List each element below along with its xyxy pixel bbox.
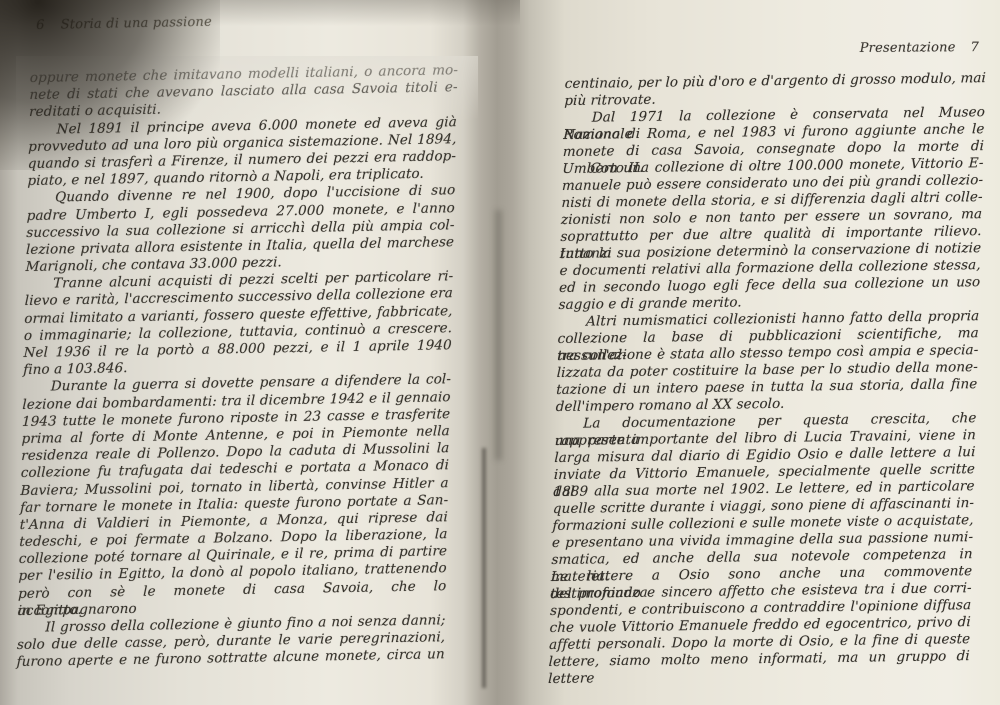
left-page-header: 6Storia di una passione bbox=[36, 15, 212, 33]
right-page-header: Presentazione7 bbox=[565, 40, 979, 58]
paragraph: Altri numismatici collezionisti hanno fa… bbox=[556, 308, 980, 416]
left-page-number: 6 bbox=[36, 18, 45, 33]
left-running-title: Storia di una passione bbox=[60, 15, 212, 33]
paragraph: Il grosso della collezione è giunto fino… bbox=[16, 612, 445, 671]
book-scan: 6Storia di una passione Presentazione7 o… bbox=[0, 0, 1000, 705]
paragraph: La documentazione per questa crescita, c… bbox=[548, 410, 976, 671]
paragraph: Durante la guerra si dovette pensare a d… bbox=[18, 372, 452, 620]
gutter-crease-line bbox=[482, 448, 486, 688]
paragraph: Dal 1971 la collezione è conservata nel … bbox=[563, 104, 986, 161]
gutter-shadow bbox=[495, 210, 502, 460]
right-page-text: centinaio, per lo più d'oro e d'argento … bbox=[548, 70, 986, 671]
paragraph: Nel 1891 il principe aveva 6.000 monete … bbox=[27, 114, 457, 191]
right-running-title: Presentazione bbox=[860, 40, 956, 56]
left-page-text: oppure monete che imitavano modelli ital… bbox=[16, 62, 458, 671]
paragraph: Con una collezione di oltre 100.000 mone… bbox=[558, 155, 983, 314]
paragraph: Tranne alcuni acquisti di pezzi scelti p… bbox=[23, 268, 454, 379]
paragraph: Quando divenne re nel 1900, dopo l'uccis… bbox=[25, 182, 455, 276]
paragraph: oppure monete che imitavano modelli ital… bbox=[29, 62, 458, 121]
right-page-number: 7 bbox=[971, 40, 980, 55]
